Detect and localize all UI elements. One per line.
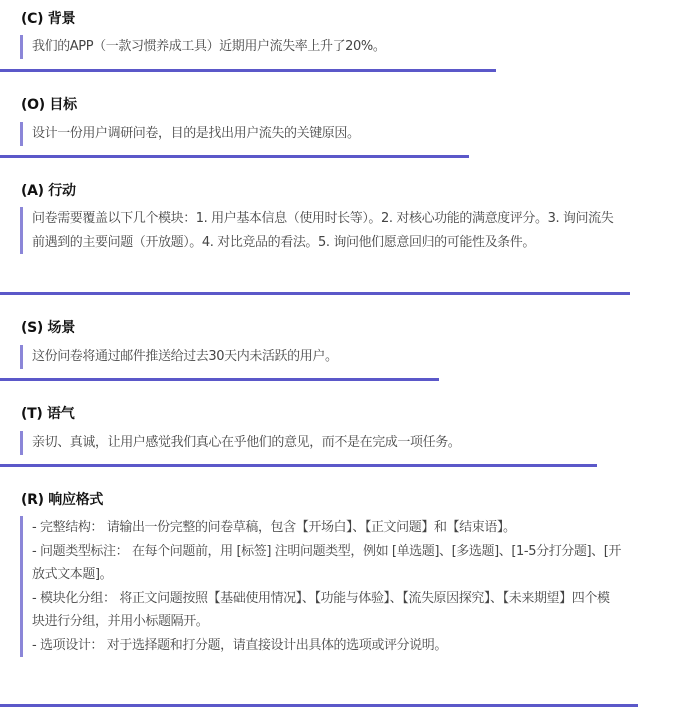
section-divider xyxy=(0,69,496,72)
section-heading-tone: (T) 语气 xyxy=(21,403,74,423)
quote-background: 我们的APP（一款习惯养成工具）近期用户流失率上升了20%。 xyxy=(20,35,502,59)
section-divider xyxy=(0,292,630,295)
format-item-options: - 选项设计： 对于选择题和打分题，请直接设计出具体的选项或评分说明。 xyxy=(32,634,622,658)
quote-objective: 设计一份用户调研问卷，目的是找出用户流失的关键原因。 xyxy=(20,122,472,146)
quote-text: 我们的APP（一款习惯养成工具）近期用户流失率上升了20%。 xyxy=(32,35,502,59)
section-heading-background: (C) 背景 xyxy=(21,8,75,28)
quote-scenario: 这份问卷将通过邮件推送给过去30天内未活跃的用户。 xyxy=(20,345,442,369)
quote-text: 这份问卷将通过邮件推送给过去30天内未活跃的用户。 xyxy=(32,345,442,369)
quote-response-format: - 完整结构： 请输出一份完整的问卷草稿，包含【开场白】、【正文问题】和【结束语… xyxy=(20,516,622,657)
section-heading-scenario: (S) 场景 xyxy=(21,317,75,337)
format-item-grouping: - 模块化分组： 将正文问题按照【基础使用情况】、【功能与体验】、【流失原因探究… xyxy=(32,587,622,634)
section-heading-response-format: (R) 响应格式 xyxy=(21,489,103,509)
section-divider xyxy=(0,464,597,467)
quote-text: 设计一份用户调研问卷，目的是找出用户流失的关键原因。 xyxy=(32,122,472,146)
format-item-question-type: - 问题类型标注： 在每个问题前，用 [标签] 注明问题类型，例如 [单选题]、… xyxy=(32,540,622,587)
section-heading-action: (A) 行动 xyxy=(21,180,76,200)
quote-text: 亲切、真诚，让用户感觉我们真心在乎他们的意见，而不是在完成一项任务。 xyxy=(32,431,602,455)
format-item-structure: - 完整结构： 请输出一份完整的问卷草稿，包含【开场白】、【正文问题】和【结束语… xyxy=(32,516,622,540)
quote-tone: 亲切、真诚，让用户感觉我们真心在乎他们的意见，而不是在完成一项任务。 xyxy=(20,431,602,455)
quote-action: 问卷需要覆盖以下几个模块：1. 用户基本信息（使用时长等）。2. 对核心功能的满… xyxy=(20,207,622,254)
section-heading-objective: (O) 目标 xyxy=(21,94,77,114)
section-divider xyxy=(0,704,638,707)
section-divider xyxy=(0,378,439,381)
section-divider xyxy=(0,155,469,158)
quote-text: 问卷需要覆盖以下几个模块：1. 用户基本信息（使用时长等）。2. 对核心功能的满… xyxy=(32,207,622,254)
